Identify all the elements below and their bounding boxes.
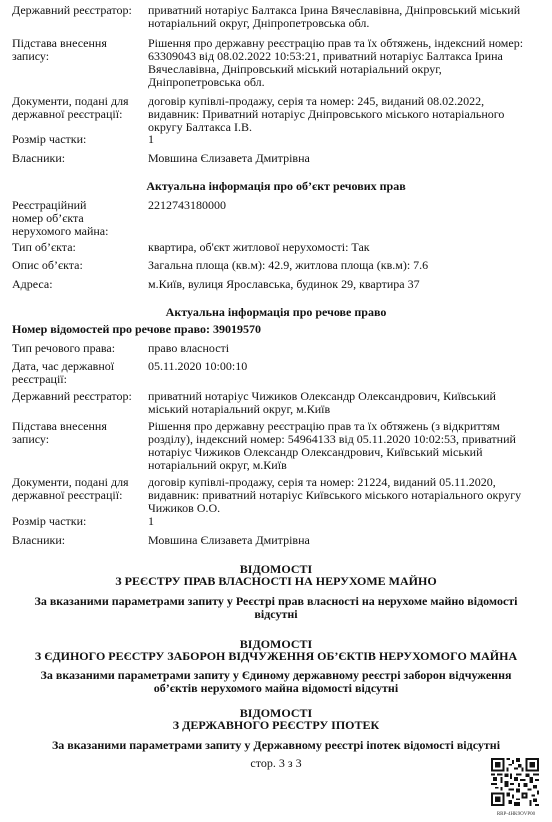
document-page: Державний реєстратор: приватний нотаріус… bbox=[0, 0, 552, 822]
field-value: Рішення про державну реєстрацію прав та … bbox=[148, 420, 532, 472]
field-label: Документи, подані для державної реєстрац… bbox=[12, 95, 142, 121]
section-title-object: Актуальна інформація про об’єкт речових … bbox=[0, 180, 552, 193]
section-title-right: Актуальна інформація про речове право bbox=[0, 306, 552, 319]
field-value: договір купівлі-продажу, серія та номер:… bbox=[148, 476, 532, 515]
registry-subheading: З РЕЄСТРУ ПРАВ ВЛАСНОСТІ НА НЕРУХОМЕ МАЙ… bbox=[0, 575, 552, 588]
field-label: Підстава внесення запису: bbox=[12, 37, 122, 63]
field-label: Розмір частки: bbox=[12, 515, 142, 528]
field-label: Адреса: bbox=[12, 278, 142, 291]
field-label: Підстава внесення запису: bbox=[12, 420, 122, 446]
field-value: м.Київ, вулиця Ярославська, будинок 29, … bbox=[148, 278, 532, 291]
field-label: Документи, подані для державної реєстрац… bbox=[12, 476, 142, 502]
field-value: Загальна площа (кв.м): 42.9, житлова пло… bbox=[148, 259, 532, 272]
field-label: Державний реєстратор: bbox=[12, 390, 142, 403]
field-label: Реєстраційний номер об’єкта нерухомого м… bbox=[12, 199, 117, 238]
field-value: Мовшина Єлизавета Дмитрівна bbox=[148, 534, 532, 547]
field-value: 1 bbox=[148, 133, 532, 146]
field-label: Дата, час державної реєстрації: bbox=[12, 360, 132, 386]
field-label: Тип речового права: bbox=[12, 342, 142, 355]
field-label: Тип об’єкта: bbox=[12, 241, 142, 254]
field-value: 2212743180000 bbox=[148, 199, 532, 212]
registry-note: За вказаними параметрами запиту у Реєстр… bbox=[30, 595, 522, 621]
qr-code-label: RRP-4HK9OVP00 bbox=[480, 812, 552, 818]
registry-subheading: З ЄДИНОГО РЕЄСТРУ ЗАБОРОН ВІДЧУЖЕННЯ ОБ’… bbox=[0, 650, 552, 663]
field-value: право власності bbox=[148, 342, 532, 355]
field-label: Державний реєстратор: bbox=[12, 4, 142, 17]
page-number: стор. 3 з 3 bbox=[0, 757, 552, 770]
registry-note: За вказаними параметрами запиту у Єдином… bbox=[20, 669, 532, 695]
field-value: 1 bbox=[148, 515, 532, 528]
field-label: Власники: bbox=[12, 534, 142, 547]
qr-code-icon bbox=[491, 758, 539, 806]
right-record-number: Номер відомостей про речове право: 39019… bbox=[12, 323, 261, 336]
field-value: договір купівлі-продажу, серія та номер:… bbox=[148, 95, 532, 134]
field-label: Розмір частки: bbox=[12, 133, 142, 146]
field-value: 05.11.2020 10:00:10 bbox=[148, 360, 532, 373]
field-value: приватний нотаріус Балтакса Ірина Вячесл… bbox=[148, 4, 532, 30]
registry-subheading: З ДЕРЖАВНОГО РЕЄСТРУ ІПОТЕК bbox=[0, 719, 552, 732]
field-label: Опис об’єкта: bbox=[12, 259, 142, 272]
field-value: квартира, об'єкт житлової нерухомості: Т… bbox=[148, 241, 532, 254]
field-label: Власники: bbox=[12, 152, 142, 165]
registry-note: За вказаними параметрами запиту у Держав… bbox=[0, 739, 552, 752]
field-value: приватний нотаріус Чижиков Олександр Оле… bbox=[148, 390, 532, 416]
field-value: Рішення про державну реєстрацію прав та … bbox=[148, 37, 532, 89]
field-value: Мовшина Єлизавета Дмитрівна bbox=[148, 152, 532, 165]
